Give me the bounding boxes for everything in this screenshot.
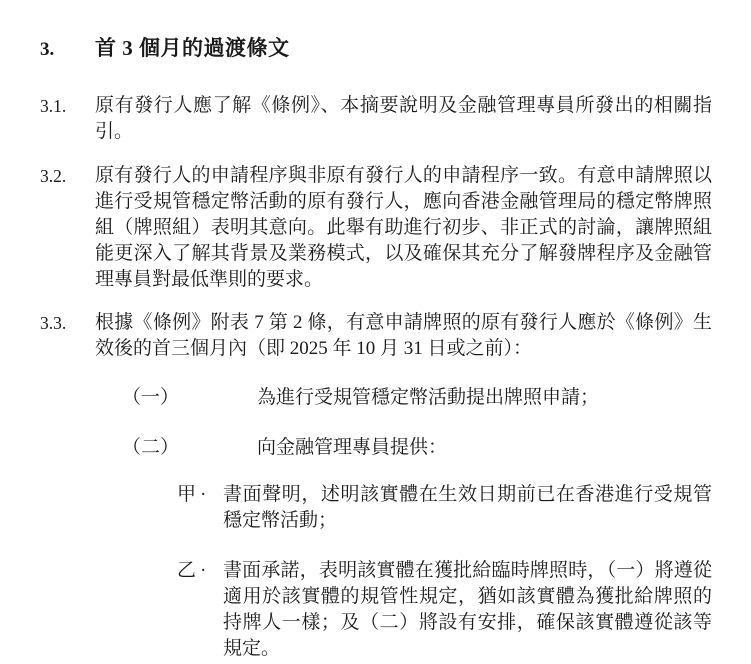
paragraph-3-1: 3.1. 原有發行人應了解《條例》、本摘要說明及金融管理專員所發出的相關指引。 bbox=[40, 93, 712, 145]
sub-item-text: 書面聲明，述明該實體在生效日期前已在香港進行受規管穩定幣活動； bbox=[223, 482, 712, 534]
heading-number: 3. bbox=[40, 36, 95, 64]
sub-item-marker: 乙· bbox=[177, 558, 223, 662]
sub-item-text: 書面承諾，表明該實體在獲批給臨時牌照時，（一）將遵從適用於該實體的規管性規定，猶… bbox=[223, 558, 712, 662]
paragraph-text: 原有發行人應了解《條例》、本摘要說明及金融管理專員所發出的相關指引。 bbox=[95, 93, 712, 145]
paragraph-number: 3.2. bbox=[40, 163, 95, 293]
sub-item-jia: 甲· 書面聲明，述明該實體在生效日期前已在香港進行受規管穩定幣活動； bbox=[177, 482, 712, 534]
paragraph-number: 3.1. bbox=[40, 93, 95, 145]
paragraph-text: 根據《條例》附表 7 第 2 條，有意申請牌照的原有發行人應於《條例》生效後的首… bbox=[95, 310, 712, 362]
sub-item-marker: 甲· bbox=[177, 482, 223, 534]
sub-item-yi: 乙· 書面承諾，表明該實體在獲批給臨時牌照時，（一）將遵從適用於該實體的規管性規… bbox=[177, 558, 712, 662]
list-item-text: 為進行受規管穩定幣活動提出牌照申請； bbox=[257, 385, 712, 411]
paragraph-3-2: 3.2. 原有發行人的申請程序與非原有發行人的申請程序一致。有意申請牌照以進行受… bbox=[40, 163, 712, 293]
document-page: 3. 首 3 個月的過渡條文 3.1. 原有發行人應了解《條例》、本摘要說明及金… bbox=[0, 0, 751, 664]
paragraph-text: 原有發行人的申請程序與非原有發行人的申請程序一致。有意申請牌照以進行受規管穩定幣… bbox=[95, 163, 712, 293]
section-heading: 3. 首 3 個月的過渡條文 bbox=[40, 34, 712, 64]
list-item-one: （一） 為進行受規管穩定幣活動提出牌照申請； bbox=[122, 385, 712, 411]
paragraph-3-3: 3.3. 根據《條例》附表 7 第 2 條，有意申請牌照的原有發行人應於《條例》… bbox=[40, 310, 712, 362]
list-item-marker: （一） bbox=[122, 385, 257, 411]
list-item-marker: （二） bbox=[122, 435, 257, 461]
list-item-two: （二） 向金融管理專員提供： bbox=[122, 435, 712, 461]
heading-title: 首 3 個月的過渡條文 bbox=[95, 34, 290, 62]
list-item-text: 向金融管理專員提供： bbox=[257, 435, 712, 461]
paragraph-number: 3.3. bbox=[40, 310, 95, 362]
